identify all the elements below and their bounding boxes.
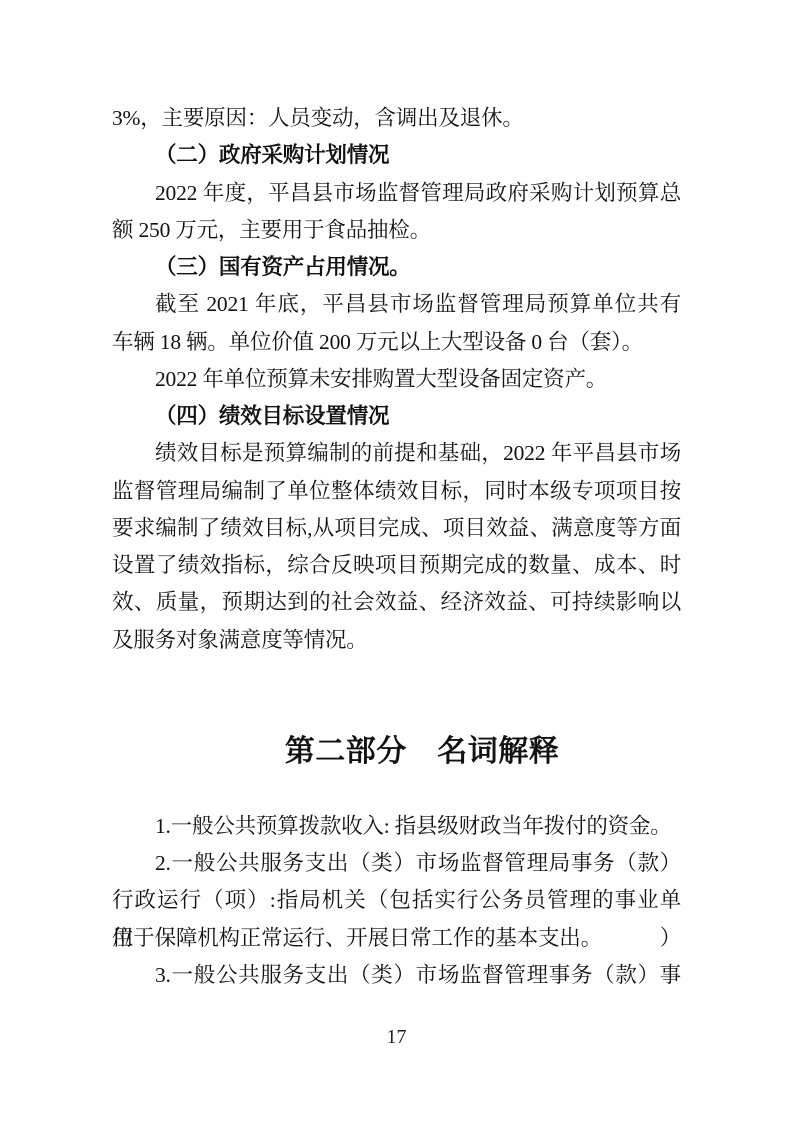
page-number: 17 bbox=[0, 1026, 793, 1048]
body-line: 2022 年单位预算未安排购置大型设备固定资产。 bbox=[112, 361, 681, 398]
body-line: 及服务对象满意度等情况。 bbox=[112, 622, 681, 659]
subsection-heading-3: （三）国有资产占用情况。 bbox=[112, 249, 681, 286]
glossary-line-1: 1.一般公共预算拨款收入: 指县级财政当年拨付的资金。 bbox=[112, 808, 681, 845]
subsection-heading-4: （四）绩效目标设置情况 bbox=[112, 398, 681, 435]
part-2-heading: 第二部分 名词解释 bbox=[112, 733, 681, 770]
document-body: 3%，主要原因：人员变动，含调出及退休。 （二）政府采购计划情况 2022 年度… bbox=[112, 100, 681, 994]
body-line: 截至 2021 年底，平昌县市场监督管理局预算单位共有 bbox=[112, 286, 681, 323]
blank-line bbox=[112, 659, 681, 696]
document-page: 3%，主要原因：人员变动，含调出及退休。 （二）政府采购计划情况 2022 年度… bbox=[0, 0, 793, 1122]
glossary-line-2: 2.一般公共服务支出（类）市场监督管理局事务（款） bbox=[112, 845, 681, 882]
glossary-line: 用于保障机构正常运行、开展日常工作的基本支出。 bbox=[112, 920, 681, 957]
glossary-line: 行政运行（项）:指局机关（包括实行公务员管理的事业单位） bbox=[112, 882, 681, 919]
glossary-line-3: 3.一般公共服务支出（类）市场监督管理事务（款）事 bbox=[112, 957, 681, 994]
body-line: 2022 年度，平昌县市场监督管理局政府采购计划预算总 bbox=[112, 175, 681, 212]
body-line: 效、质量，预期达到的社会效益、经济效益、可持续影响以 bbox=[112, 584, 681, 621]
body-line: 车辆 18 辆。单位价值 200 万元以上大型设备 0 台（套）。 bbox=[112, 324, 681, 361]
body-line: 额 250 万元，主要用于食品抽检。 bbox=[112, 212, 681, 249]
body-line-continuation: 3%，主要原因：人员变动，含调出及退休。 bbox=[112, 100, 681, 137]
blank-line bbox=[112, 696, 681, 733]
blank-line bbox=[112, 771, 681, 808]
body-line: 要求编制了绩效目标,从项目完成、项目效益、满意度等方面 bbox=[112, 510, 681, 547]
body-line: 绩效目标是预算编制的前提和基础，2022 年平昌县市场 bbox=[112, 435, 681, 472]
body-line: 监督管理局编制了单位整体绩效目标，同时本级专项项目按 bbox=[112, 473, 681, 510]
body-line: 设置了绩效指标，综合反映项目预期完成的数量、成本、时 bbox=[112, 547, 681, 584]
subsection-heading-2: （二）政府采购计划情况 bbox=[112, 137, 681, 174]
